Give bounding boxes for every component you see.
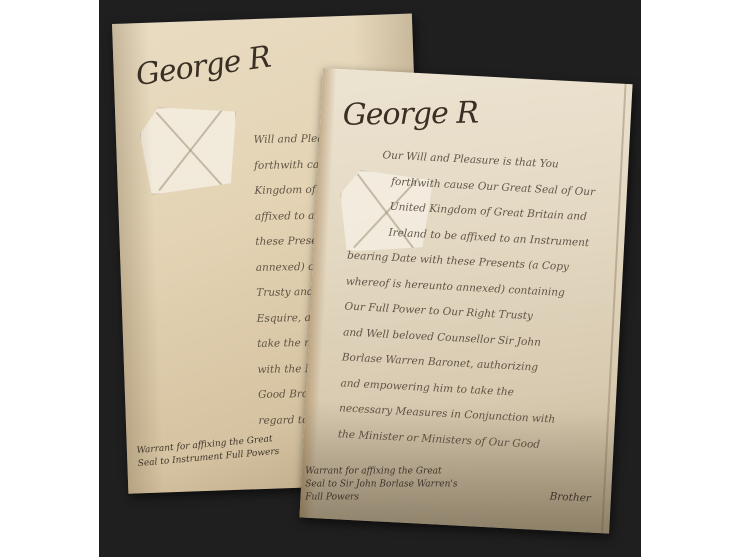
docket-line: Seal to Sir John Borlase Warren's: [305, 479, 457, 492]
photo-backdrop: George R Will and Pleasure is forthwith …: [99, 0, 641, 557]
docket-line: Warrant for affixing the Great: [136, 433, 279, 458]
page-edge: [601, 84, 627, 533]
docket-line: Warrant for affixing the Great: [305, 466, 457, 479]
royal-signature: George R: [134, 40, 273, 93]
docket-line: Full Powers: [305, 492, 457, 505]
closing-word: Brother: [549, 490, 591, 504]
text-line: the Minister or Ministers of Our Good: [337, 422, 582, 460]
docket-line: Seal to Instrument Full Powers: [137, 446, 280, 471]
docket-note: Warrant for affixing the Great Seal to I…: [136, 433, 280, 471]
document-text: Our Will and Pleasure is that You forthw…: [337, 142, 597, 460]
paper-seal-icon: [139, 105, 239, 195]
document-front: George R Our Will and Pleasure is that Y…: [299, 68, 632, 534]
royal-signature: George R: [342, 95, 478, 132]
docket-note: Warrant for affixing the Great Seal to S…: [305, 466, 457, 505]
